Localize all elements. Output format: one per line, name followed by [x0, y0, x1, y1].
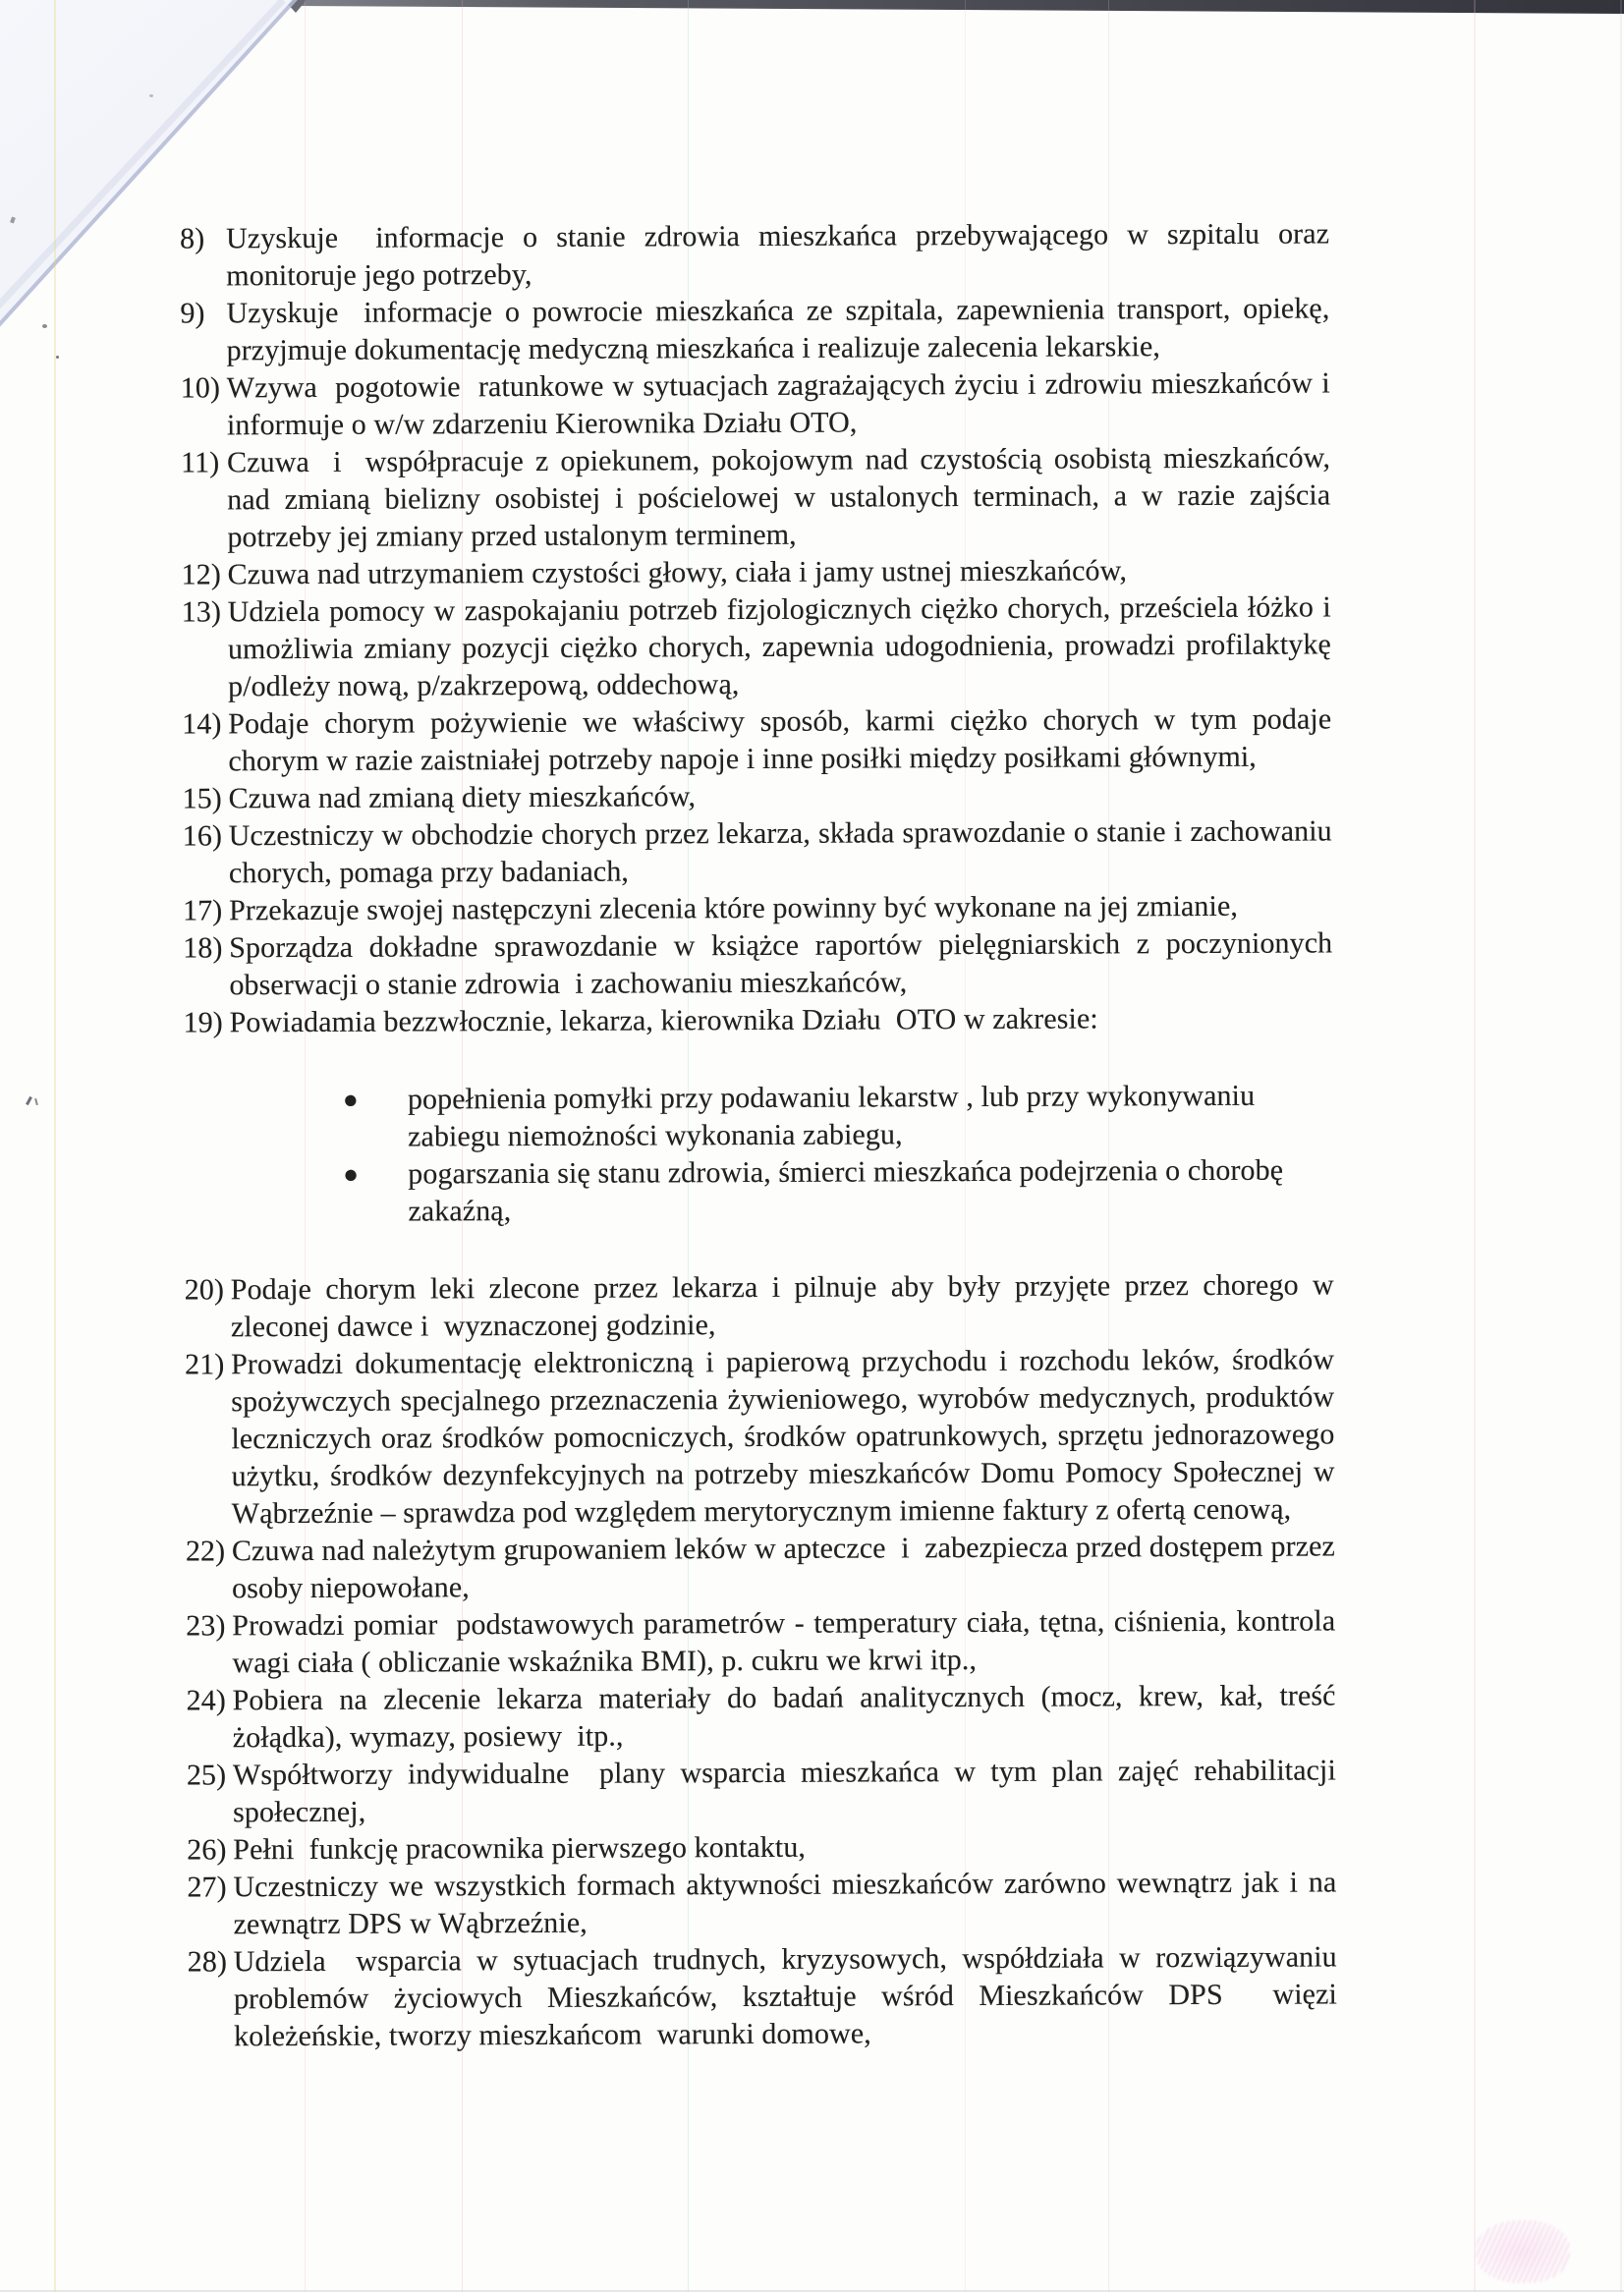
item-text: Uczestniczy w obchodzie chorych przez le… [229, 812, 1332, 892]
item-text: Prowadzi dokumentację elektroniczną i pa… [231, 1341, 1335, 1533]
list-item: 20) Podaje chorym leki zlecone przez lek… [185, 1266, 1334, 1346]
item-text: Czuwa i współpracuje z opiekunem, pokojo… [227, 439, 1330, 556]
item-text: Udziela pomocy w zaspokajaniu potrzeb fi… [228, 588, 1331, 705]
item-number: 19) [183, 1004, 229, 1041]
item-number: 14) [182, 705, 228, 780]
item-text: Podaje chorym leki zlecone przez lekarza… [231, 1266, 1334, 1346]
item-text: Czuwa nad należytym grupowaniem leków w … [232, 1528, 1335, 1607]
list-item: 13) Udziela pomocy w zaspokajaniu potrze… [182, 588, 1331, 705]
bullet-list-item: ● popełnienia pomyłki przy podawaniu lek… [184, 1077, 1333, 1156]
item-number: 20) [185, 1271, 231, 1346]
item-number: 27) [187, 1869, 233, 1943]
list-item: 12) Czuwa nad utrzymaniem czystości głow… [181, 551, 1330, 593]
list-item: 19) Powiadamia bezzwłocznie, lekarza, ki… [183, 999, 1332, 1041]
item-number: 18) [183, 929, 229, 1004]
item-number: 26) [187, 1831, 233, 1869]
item-text: Udziela wsparcia w sytuacjach trudnych, … [234, 1938, 1337, 2055]
item-text: Uzyskuje informacje o powrocie mieszkańc… [226, 290, 1329, 369]
item-number: 24) [186, 1682, 232, 1757]
item-text: Sporządza dokładne sprawozdanie w książc… [229, 924, 1332, 1004]
bullet-text: pogarszania się stanu zdrowia, śmierci m… [408, 1151, 1333, 1230]
item-text: Pobiera na zlecenie lekarza materiały do… [232, 1677, 1335, 1757]
list-item: 27) Uczestniczy we wszystkich formach ak… [187, 1864, 1336, 1943]
bullet-icon: ● [343, 1082, 408, 1156]
item-number: 12) [181, 556, 227, 593]
scan-speck [56, 356, 59, 359]
duties-list: 8) Uzyskuje informacje o stanie zdrowia … [180, 215, 1337, 2055]
item-number: 21) [185, 1346, 232, 1533]
list-item: 18) Sporządza dokładne sprawozdanie w ks… [183, 924, 1332, 1004]
document-body: 8) Uzyskuje informacje o stanie zdrowia … [180, 215, 1337, 2055]
list-item: 9) Uzyskuje informacje o powrocie mieszk… [180, 290, 1329, 369]
list-item: 26) Pełni funkcję pracownika pierwszego … [187, 1826, 1336, 1869]
item-text: Podaje chorym pożywienie we właściwy spo… [228, 700, 1331, 780]
item-number: 25) [187, 1757, 233, 1831]
scan-top-band [228, 0, 1624, 14]
item-text: Przekazuje swojej następczyni zlecenia k… [229, 887, 1332, 929]
scanned-document: 8) Uzyskuje informacje o stanie zdrowia … [0, 0, 1624, 2292]
item-number: 15) [182, 780, 228, 817]
bullet-list-item: ● pogarszania się stanu zdrowia, śmierci… [184, 1151, 1333, 1231]
page-right-edge [1620, 0, 1622, 2292]
list-item: 23) Prowadzi pomiar podstawowych paramet… [186, 1602, 1335, 1682]
list-item: 22) Czuwa nad należytym grupowaniem lekó… [186, 1528, 1335, 1607]
item-number: 28) [188, 1943, 234, 2055]
list-item: 17) Przekazuje swojej następczyni zlecen… [183, 887, 1332, 929]
item-text: Prowadzi pomiar podstawowych parametrów … [232, 1602, 1335, 1682]
list-item: 14) Podaje chorym pożywienie we właściwy… [182, 700, 1331, 780]
list-item: 28) Udziela wsparcia w sytuacjach trudny… [188, 1938, 1337, 2055]
bullet-icon: ● [343, 1156, 408, 1231]
item-number: 22) [186, 1533, 232, 1607]
item-number: 16) [183, 817, 229, 892]
list-item: 11) Czuwa i współpracuje z opiekunem, po… [181, 439, 1330, 556]
item-text: Wzywa pogotowie ratunkowe w sytuacjach z… [227, 364, 1330, 444]
list-item: 16) Uczestniczy w obchodzie chorych prze… [183, 812, 1332, 892]
item-number: 11) [181, 444, 227, 556]
list-item: 8) Uzyskuje informacje o stanie zdrowia … [180, 215, 1329, 295]
item-text: Współtworzy indywidualne plany wsparcia … [233, 1752, 1336, 1831]
item-text: Uzyskuje informacje o stanie zdrowia mie… [226, 215, 1329, 295]
item-number: 13) [182, 593, 228, 705]
list-item: 21) Prowadzi dokumentację elektroniczną … [185, 1341, 1335, 1533]
list-item: 10) Wzywa pogotowie ratunkowe w sytuacja… [181, 364, 1330, 444]
bullet-text: popełnienia pomyłki przy podawaniu lekar… [408, 1077, 1333, 1155]
item-number: 10) [181, 369, 227, 444]
item-text: Powiadamia bezzwłocznie, lekarza, kierow… [229, 999, 1332, 1041]
item-number: 8) [180, 220, 226, 295]
scan-speck [26, 1096, 32, 1105]
item-text: Czuwa nad utrzymaniem czystości głowy, c… [227, 551, 1330, 593]
list-item: 24) Pobiera na zlecenie lekarza materiał… [186, 1677, 1335, 1757]
item-text: Uczestniczy we wszystkich formach aktywn… [233, 1864, 1336, 1943]
list-item: 15) Czuwa nad zmianą diety mieszkańców, [182, 775, 1331, 817]
item-number: 9) [180, 295, 226, 369]
item-number: 23) [186, 1607, 232, 1682]
scan-smudge [1476, 2220, 1570, 2283]
scan-speck [34, 1098, 38, 1105]
item-text: Czuwa nad zmianą diety mieszkańców, [228, 775, 1331, 817]
item-text: Pełni funkcję pracownika pierwszego kont… [233, 1826, 1336, 1869]
list-item: 25) Współtworzy indywidualne plany wspar… [187, 1752, 1336, 1831]
item-number: 17) [183, 892, 229, 929]
